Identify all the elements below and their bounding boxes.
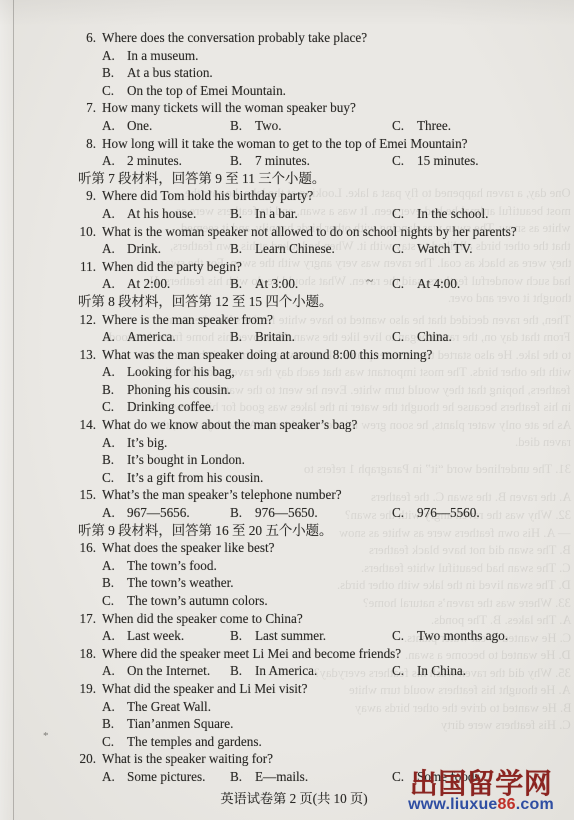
option-text: 976—5650. bbox=[255, 505, 318, 520]
option-text: In China. bbox=[417, 663, 466, 678]
option-cell: B.Last summer. bbox=[230, 627, 326, 645]
option-cell: B.976—5650. bbox=[230, 504, 318, 522]
option-text: On the Internet. bbox=[127, 663, 210, 678]
option-cell: B.At 3:00. bbox=[230, 275, 298, 293]
option-text: Drinking coffee. bbox=[127, 398, 214, 416]
option-label: C. bbox=[102, 82, 114, 100]
option-line: C.The temples and gardens. bbox=[0, 733, 574, 751]
question-number: 9. bbox=[72, 187, 96, 205]
question-number: 17. bbox=[72, 610, 96, 628]
question-number: 19. bbox=[72, 680, 96, 698]
option-text: It’s big. bbox=[127, 434, 167, 452]
question-text: What is the woman speaker not allowed to… bbox=[102, 223, 517, 241]
question-number: 8. bbox=[72, 135, 96, 153]
option-label: A. bbox=[102, 205, 127, 223]
option-label: C. bbox=[392, 627, 417, 645]
option-label: A. bbox=[102, 117, 127, 135]
option-line: A.It’s big. bbox=[0, 434, 574, 452]
option-label: B. bbox=[230, 205, 255, 223]
option-cell: B.Two. bbox=[230, 117, 282, 135]
option-text: Last summer. bbox=[255, 628, 326, 643]
option-label: B. bbox=[230, 117, 255, 135]
option-label: B. bbox=[102, 64, 114, 82]
option-row: A.At his house.B.In a bar.C.In the schoo… bbox=[0, 205, 574, 223]
option-label: B. bbox=[102, 574, 114, 592]
option-text: Looking for his bag, bbox=[127, 363, 235, 381]
option-label: A. bbox=[102, 698, 115, 716]
option-cell: ~C.At 4:00. bbox=[392, 275, 460, 293]
option-cell: C.Three. bbox=[392, 117, 451, 135]
option-label: B. bbox=[230, 275, 255, 293]
option-label: A. bbox=[102, 768, 127, 786]
watermark-url-suffix: .com bbox=[516, 796, 554, 813]
question-number: 11. bbox=[72, 258, 96, 276]
question-line: 9.Where did Tom hold his birthday party? bbox=[0, 187, 574, 205]
option-cell: A.At his house. bbox=[102, 205, 196, 223]
option-row: A.Last week.B.Last summer.C.Two months a… bbox=[0, 627, 574, 645]
question-line: 18.Where did the speaker meet Li Mei and… bbox=[0, 645, 574, 663]
question-number: 6. bbox=[72, 29, 96, 47]
option-label: B. bbox=[230, 152, 255, 170]
option-cell: A.America. bbox=[102, 328, 176, 346]
option-label: A. bbox=[102, 328, 127, 346]
option-text: Phoning his cousin. bbox=[127, 381, 231, 399]
option-cell: C.Watch TV. bbox=[392, 240, 473, 258]
option-cell: B.7 minutes. bbox=[230, 152, 310, 170]
option-row: A.At 2:00.B.At 3:00.~C.At 4:00. bbox=[0, 275, 574, 293]
option-cell: C.China. bbox=[392, 328, 452, 346]
option-label: A. bbox=[102, 504, 127, 522]
option-cell: C.Two months ago. bbox=[392, 627, 508, 645]
option-label: C. bbox=[102, 733, 114, 751]
listen-section-header: 听第 8 段材料，回答第 12 至 15 四个小题。 bbox=[0, 293, 574, 311]
option-text: At 4:00. bbox=[417, 276, 460, 291]
option-label: B. bbox=[102, 381, 114, 399]
option-line: B.At a bus station. bbox=[0, 64, 574, 82]
question-line: 19.What did the speaker and Li Mei visit… bbox=[0, 680, 574, 698]
questions-area: 6.Where does the conversation probably t… bbox=[0, 29, 574, 786]
option-text: Two. bbox=[255, 118, 282, 133]
watermark-site-name: 出国留学网 bbox=[391, 769, 571, 798]
option-text: The Great Wall. bbox=[127, 698, 211, 716]
scan-speck: * bbox=[43, 730, 49, 742]
scanned-exam-page: { "page": { "footer_text": "英语试卷第 2 页(共 … bbox=[0, 0, 574, 820]
question-text: When did the party begin? bbox=[102, 258, 242, 276]
option-cell: B.Learn Chinese. bbox=[230, 240, 335, 258]
option-label: A. bbox=[102, 557, 115, 575]
question-number: 15. bbox=[72, 486, 96, 504]
option-line: A.The town’s food. bbox=[0, 557, 574, 575]
option-line: C.On the top of Emei Mountain. bbox=[0, 82, 574, 100]
option-row: A.Drink.B.Learn Chinese.C.Watch TV. bbox=[0, 240, 574, 258]
option-row: A.One.B.Two.C.Three. bbox=[0, 117, 574, 135]
option-label: A. bbox=[102, 240, 127, 258]
option-line: C.The town’s autumn colors. bbox=[0, 592, 574, 610]
question-text: Where is the man speaker from? bbox=[102, 311, 273, 329]
question-text: What is the speaker waiting for? bbox=[102, 750, 273, 768]
option-text: In a bar. bbox=[255, 206, 298, 221]
option-label: C. bbox=[392, 662, 417, 680]
option-text: Three. bbox=[417, 118, 451, 133]
option-cell: B.In America. bbox=[230, 662, 317, 680]
option-row: A.967—5656.B.976—5650.C.976—5560. bbox=[0, 504, 574, 522]
option-text: 15 minutes. bbox=[417, 153, 479, 168]
watermark-url-prefix: www.liuxue bbox=[408, 796, 497, 813]
option-label: B. bbox=[102, 715, 114, 733]
option-label: A. bbox=[102, 662, 127, 680]
option-label: A. bbox=[102, 275, 127, 293]
option-label: A. bbox=[102, 47, 115, 65]
option-text: The temples and gardens. bbox=[127, 733, 262, 751]
option-text: One. bbox=[127, 118, 152, 133]
option-label: C. bbox=[392, 205, 417, 223]
option-label: C. bbox=[392, 504, 417, 522]
question-line: 12.Where is the man speaker from? bbox=[0, 311, 574, 329]
question-text: What do we know about the man speaker’s … bbox=[102, 416, 357, 434]
option-label: B. bbox=[230, 768, 255, 786]
option-label: C. bbox=[102, 398, 114, 416]
option-cell: A.On the Internet. bbox=[102, 662, 210, 680]
question-line: 15.What’s the man speaker’s telephone nu… bbox=[0, 486, 574, 504]
option-text: 967—5656. bbox=[127, 505, 190, 520]
option-label: B. bbox=[230, 240, 255, 258]
question-line: 20.What is the speaker waiting for? bbox=[0, 750, 574, 768]
option-line: A.Looking for his bag, bbox=[0, 363, 574, 381]
option-text: Tian’anmen Square. bbox=[127, 715, 233, 733]
question-number: 14. bbox=[72, 416, 96, 434]
question-text: What does the speaker like best? bbox=[102, 539, 274, 557]
option-text: At 3:00. bbox=[255, 276, 298, 291]
watermark-site-url: www.liuxue86.com bbox=[391, 797, 571, 812]
option-cell: C.15 minutes. bbox=[392, 152, 479, 170]
option-text: It’s bought in London. bbox=[127, 451, 245, 469]
option-text: Learn Chinese. bbox=[255, 241, 335, 256]
question-number: 7. bbox=[72, 99, 96, 117]
option-text: Drink. bbox=[127, 241, 161, 256]
option-text: Two months ago. bbox=[417, 628, 508, 643]
option-text: China. bbox=[417, 329, 452, 344]
question-line: 14.What do we know about the man speaker… bbox=[0, 416, 574, 434]
question-text: When did the speaker come to China? bbox=[102, 610, 303, 628]
question-line: 6.Where does the conversation probably t… bbox=[0, 29, 574, 47]
option-label: A. bbox=[102, 363, 115, 381]
option-line: B.The town’s weather. bbox=[0, 574, 574, 592]
option-cell: A.2 minutes. bbox=[102, 152, 182, 170]
option-cell: A.967—5656. bbox=[102, 504, 190, 522]
option-text: On the top of Emei Mountain. bbox=[127, 82, 286, 100]
option-label: C. bbox=[392, 240, 417, 258]
option-text: The town’s autumn colors. bbox=[127, 592, 268, 610]
option-text: Some pictures. bbox=[127, 769, 205, 784]
option-label: C. bbox=[102, 592, 114, 610]
option-cell: C.In the school. bbox=[392, 205, 488, 223]
question-line: 16.What does the speaker like best? bbox=[0, 539, 574, 557]
question-line: 13.What was the man speaker doing at aro… bbox=[0, 346, 574, 364]
option-cell: C.976—5560. bbox=[392, 504, 480, 522]
question-text: What’s the man speaker’s telephone numbe… bbox=[102, 486, 342, 504]
option-row: A.America.B.Britain.C.China. bbox=[0, 328, 574, 346]
option-cell: A.Drink. bbox=[102, 240, 161, 258]
option-label: C. bbox=[102, 469, 114, 487]
listen-section-header: 听第 9 段材料，回答第 16 至 20 五个小题。 bbox=[0, 522, 574, 540]
question-line: 7.How many tickets will the woman speake… bbox=[0, 99, 574, 117]
question-text: Where did the speaker meet Li Mei and be… bbox=[102, 645, 401, 663]
option-label: C. bbox=[392, 275, 417, 293]
watermark-url-number: 86 bbox=[498, 796, 516, 813]
option-text: In the school. bbox=[417, 206, 488, 221]
option-label: C. bbox=[392, 328, 417, 346]
option-label: B. bbox=[230, 504, 255, 522]
question-number: 12. bbox=[72, 311, 96, 329]
option-label: B. bbox=[102, 451, 114, 469]
option-label: A. bbox=[102, 152, 127, 170]
option-line: A.The Great Wall. bbox=[0, 698, 574, 716]
option-line: C.It’s a gift from his cousin. bbox=[0, 469, 574, 487]
option-text: At 2:00. bbox=[127, 276, 170, 291]
scan-artifact-mark: ~ bbox=[366, 272, 373, 290]
option-row: A.2 minutes.B.7 minutes.C.15 minutes. bbox=[0, 152, 574, 170]
question-text: Where did Tom hold his birthday party? bbox=[102, 187, 313, 205]
option-label: A. bbox=[102, 434, 115, 452]
option-label: C. bbox=[392, 117, 417, 135]
option-text: America. bbox=[127, 329, 176, 344]
watermark: 出国留学网 www.liuxue86.com bbox=[391, 769, 571, 812]
option-line: B.Phoning his cousin. bbox=[0, 381, 574, 399]
option-line: C.Drinking coffee. bbox=[0, 398, 574, 416]
option-label: B. bbox=[230, 328, 255, 346]
question-text: What was the man speaker doing at around… bbox=[102, 346, 432, 364]
question-line: 11.When did the party begin? bbox=[0, 258, 574, 276]
question-number: 18. bbox=[72, 645, 96, 663]
question-line: 8.How long will it take the woman to get… bbox=[0, 135, 574, 153]
option-text: Watch TV. bbox=[417, 241, 473, 256]
option-text: 976—5560. bbox=[417, 505, 480, 520]
question-line: 10.What is the woman speaker not allowed… bbox=[0, 223, 574, 241]
option-row: A.On the Internet.B.In America.C.In Chin… bbox=[0, 662, 574, 680]
question-text: How many tickets will the woman speaker … bbox=[102, 99, 356, 117]
question-number: 10. bbox=[72, 223, 96, 241]
option-cell: B.In a bar. bbox=[230, 205, 298, 223]
question-text: How long will it take the woman to get t… bbox=[102, 135, 468, 153]
option-cell: B.Britain. bbox=[230, 328, 295, 346]
option-text: Last week. bbox=[127, 628, 184, 643]
option-text: 2 minutes. bbox=[127, 153, 182, 168]
option-cell: A.Last week. bbox=[102, 627, 184, 645]
option-cell: A.At 2:00. bbox=[102, 275, 170, 293]
option-text: In a museum. bbox=[127, 47, 198, 65]
option-line: B.It’s bought in London. bbox=[0, 451, 574, 469]
question-number: 20. bbox=[72, 750, 96, 768]
question-number: 13. bbox=[72, 346, 96, 364]
listen-section-header: 听第 7 段材料，回答第 9 至 11 三个小题。 bbox=[0, 170, 574, 188]
option-cell: A.Some pictures. bbox=[102, 768, 205, 786]
option-text: At a bus station. bbox=[127, 64, 213, 82]
option-line: A.In a museum. bbox=[0, 47, 574, 65]
option-cell: C.In China. bbox=[392, 662, 466, 680]
option-text: Britain. bbox=[255, 329, 295, 344]
option-text: 7 minutes. bbox=[255, 153, 310, 168]
option-label: C. bbox=[392, 152, 417, 170]
option-text: It’s a gift from his cousin. bbox=[127, 469, 263, 487]
option-label: A. bbox=[102, 627, 127, 645]
question-text: Where does the conversation probably tak… bbox=[102, 29, 367, 47]
option-text: E—mails. bbox=[255, 769, 308, 784]
question-line: 17.When did the speaker come to China? bbox=[0, 610, 574, 628]
option-line: B.Tian’anmen Square. bbox=[0, 715, 574, 733]
option-text: At his house. bbox=[127, 206, 196, 221]
option-cell: A.One. bbox=[102, 117, 152, 135]
option-text: The town’s food. bbox=[127, 557, 217, 575]
question-number: 16. bbox=[72, 539, 96, 557]
question-text: What did the speaker and Li Mei visit? bbox=[102, 680, 307, 698]
page-number-text: 英语试卷第 2 页(共 10 页) bbox=[220, 791, 367, 806]
option-text: In America. bbox=[255, 663, 317, 678]
option-label: B. bbox=[230, 627, 255, 645]
option-cell: B.E—mails. bbox=[230, 768, 308, 786]
option-text: The town’s weather. bbox=[127, 574, 234, 592]
option-label: B. bbox=[230, 662, 255, 680]
